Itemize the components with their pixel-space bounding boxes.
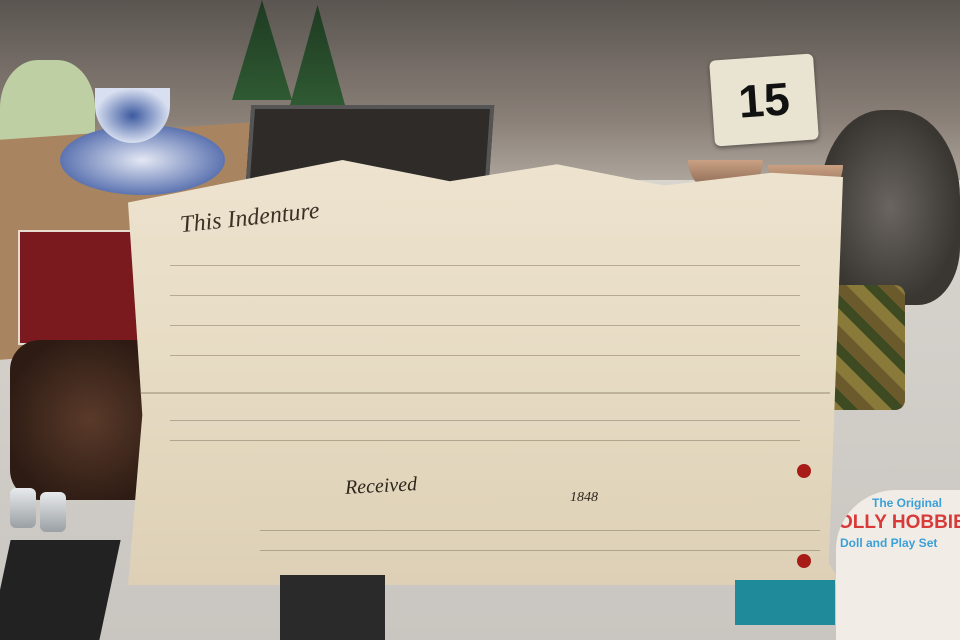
lot-number-card: 15: [709, 53, 819, 146]
handwriting-line: [260, 530, 820, 531]
package-line2: OLLY HOBBIE: [838, 512, 960, 534]
document-fold: [140, 392, 830, 394]
handwriting-line: [170, 265, 800, 266]
pepper-shaker: [40, 492, 66, 532]
handwriting-line: [170, 325, 800, 326]
teal-box: [735, 580, 835, 625]
handwriting-line: [170, 295, 800, 296]
wax-seal: [797, 464, 811, 478]
handwriting-line: [170, 355, 800, 356]
date-text: 1848: [570, 490, 598, 506]
wax-seal: [797, 554, 811, 568]
handwriting-line: [170, 420, 800, 421]
holly-hobbie-package: The Original OLLY HOBBIE Doll and Play S…: [836, 490, 960, 640]
handwriting-line: [260, 550, 820, 551]
package-line1: The Original: [872, 496, 942, 510]
received-text: Received: [344, 473, 417, 500]
handwriting-line: [170, 440, 800, 441]
lot-number: 15: [737, 71, 792, 128]
salt-shaker: [10, 488, 36, 528]
package-line3: Doll and Play Set: [840, 536, 937, 550]
dark-tray: [0, 540, 121, 640]
pen-box: [280, 575, 385, 640]
